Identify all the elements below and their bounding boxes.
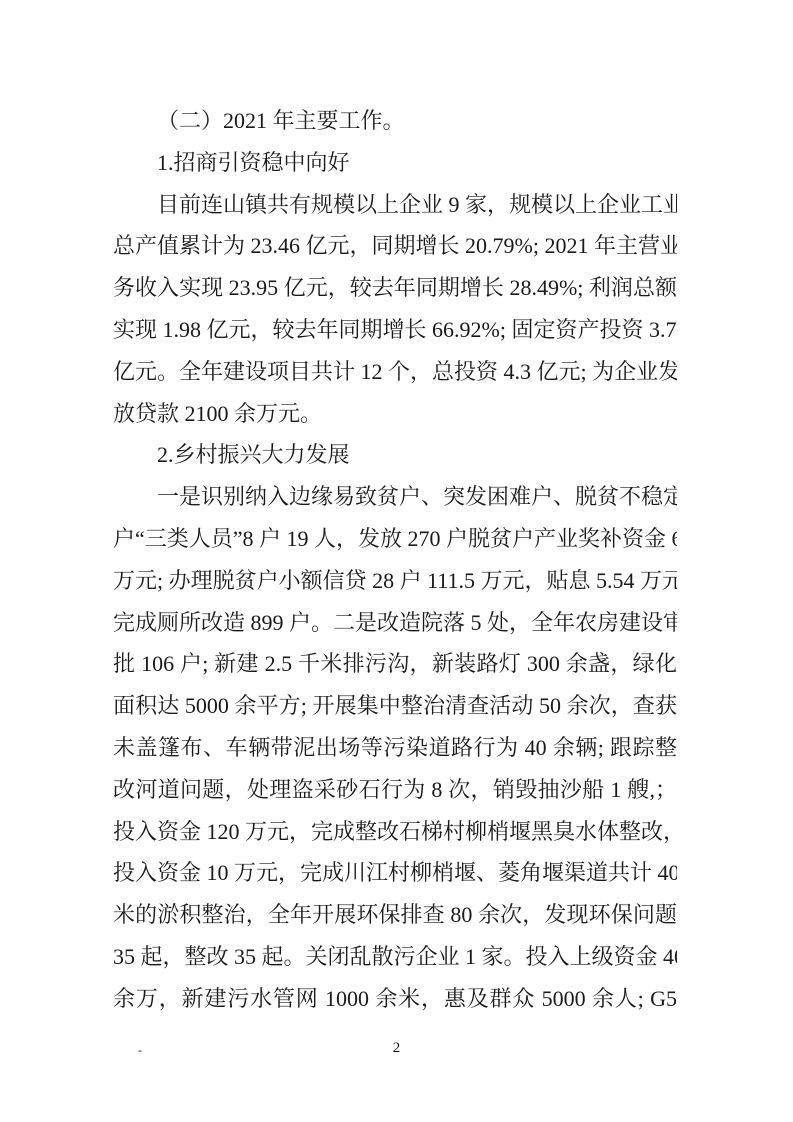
text-line: 批 106 户; 新建 2.5 千米排污沟，新装路灯 300 余盏，绿化 xyxy=(113,643,677,685)
text-line: 万元; 办理脱贫户小额信贷 28 户 111.5 万元，贴息 5.54 万元， xyxy=(113,560,677,602)
text-line: 改河道问题，处理盗采砂石行为 8 次，销毁抽沙船 1 艘,； xyxy=(113,769,677,811)
text-line: 投入资金 120 万元，完成整改石梯村柳梢堰黑臭水体整改， xyxy=(113,811,677,853)
text-line: 务收入实现 23.95 亿元，较去年同期增长 28.49%; 利润总额 xyxy=(113,267,677,309)
section-heading: （二）2021 年主要工作。 xyxy=(113,100,677,142)
text-line: 实现 1.98 亿元，较去年同期增长 66.92%; 固定资产投资 3.72 xyxy=(113,309,677,351)
text-line: 户“三类人员”8 户 19 人，发放 270 户脱贫户产业奖补资金 6.87 xyxy=(113,518,677,560)
page-number: 2 xyxy=(0,1038,793,1058)
text-line: 完成厕所改造 899 户。二是改造院落 5 处，全年农房建设审 xyxy=(113,602,677,644)
subsection-heading: 2.乡村振兴大力发展 xyxy=(113,434,677,476)
text-line: 目前连山镇共有规模以上企业 9 家，规模以上企业工业 xyxy=(113,184,677,226)
text-line: 余万，新建污水管网 1000 余米，惠及群众 5000 余人; G5 xyxy=(113,978,677,1020)
text-line: 亿元。全年建设项目共计 12 个，总投资 4.3 亿元; 为企业发 xyxy=(113,351,677,393)
text-line: 放贷款 2100 余万元。 xyxy=(113,393,677,435)
page-footer: - 2 xyxy=(0,1038,793,1062)
subsection-heading: 1.招商引资稳中向好 xyxy=(113,142,677,184)
text-line: 总产值累计为 23.46 亿元，同期增长 20.79%; 2021 年主营业 xyxy=(113,225,677,267)
document-page: （二）2021 年主要工作。 1.招商引资稳中向好 目前连山镇共有规模以上企业 … xyxy=(0,0,793,1122)
text-line: 一是识别纳入边缘易致贫户、突发困难户、脱贫不稳定 xyxy=(113,476,677,518)
text-line: 投入资金 10 万元，完成川江村柳梢堰、菱角堰渠道共计 4000 xyxy=(113,852,677,894)
text-line: 未盖篷布、车辆带泥出场等污染道路行为 40 余辆; 跟踪整 xyxy=(113,727,677,769)
text-line: 米的淤积整治，全年开展环保排查 80 余次，发现环保问题 xyxy=(113,894,677,936)
text-line: 35 起，整改 35 起。关闭乱散污企业 1 家。投入上级资金 400 xyxy=(113,936,677,978)
text-line: 面积达 5000 余平方; 开展集中整治清查活动 50 余次，查获 xyxy=(113,685,677,727)
document-text-block: （二）2021 年主要工作。 1.招商引资稳中向好 目前连山镇共有规模以上企业 … xyxy=(113,100,677,1020)
